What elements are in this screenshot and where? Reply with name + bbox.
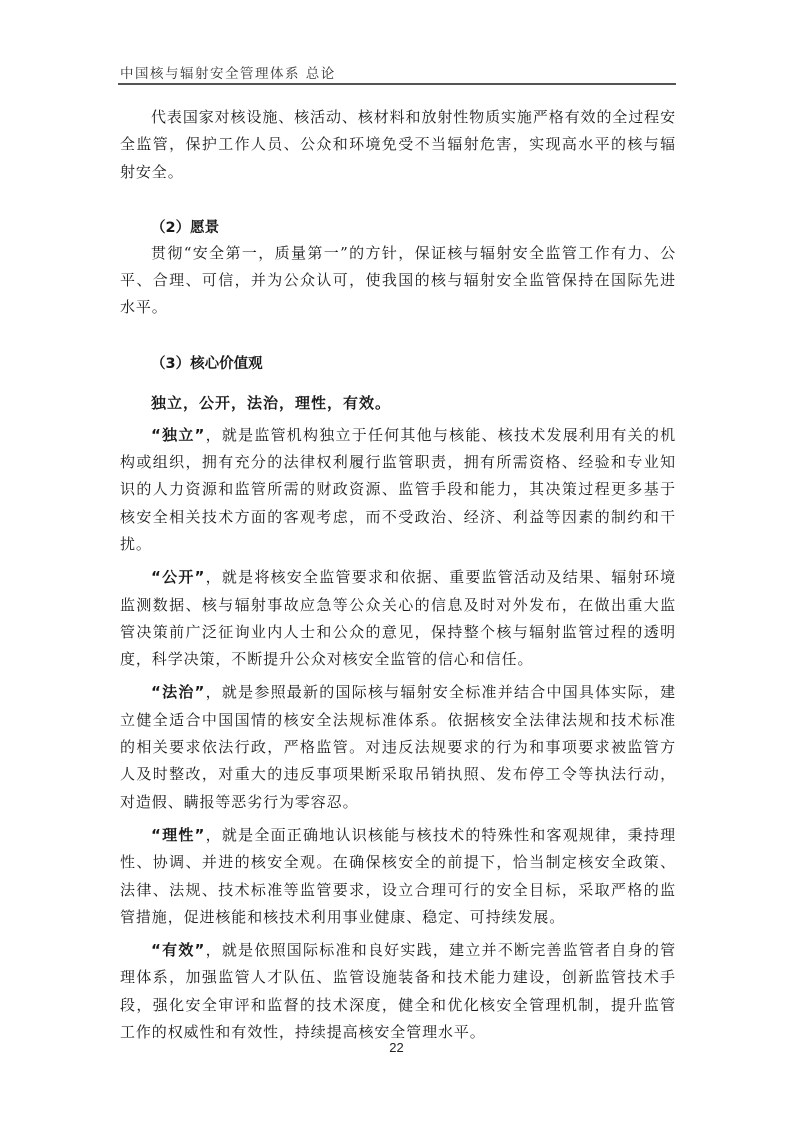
running-header: 中国核与辐射安全管理体系 总论 xyxy=(120,62,674,82)
value-paragraph-rule-of-law: “法治”，就是参照最新的国际核与辐射安全标准并结合中国具体实际，建立健全适合中国… xyxy=(120,679,676,815)
value-term: “独立” xyxy=(151,426,205,444)
value-term: “公开” xyxy=(151,568,205,586)
value-paragraph-effectiveness: “有效”，就是依照国际标准和良好实践，建立并不断完善监管者自身的管理体系，加强监… xyxy=(120,937,676,1046)
value-description: ，就是参照最新的国际核与辐射安全标准并结合中国具体实际，建立健全适合中国国情的核… xyxy=(120,683,676,810)
intro-paragraph: 代表国家对核设施、核活动、核材料和放射性物质实施严格有效的全过程安全监管，保护工… xyxy=(120,104,676,186)
value-term: “有效” xyxy=(151,941,205,959)
value-paragraph-openness: “公开”，就是将核安全监管要求和依据、重要监管活动及结果、辐射环境监测数据、核与… xyxy=(120,564,676,673)
core-values-summary: 独立，公开，法治，理性，有效。 xyxy=(120,390,676,416)
value-paragraph-independence: “独立”，就是监管机构独立于任何其他与核能、核技术发展利用有关的机构或组织，拥有… xyxy=(120,422,676,558)
value-paragraph-rationality: “理性”，就是全面正确地认识核能与核技术的特殊性和客观规律，秉持理性、协调、并进… xyxy=(120,822,676,931)
section-heading-vision: （2）愿景 xyxy=(120,216,676,240)
value-description: ，就是监管机构独立于任何其他与核能、核技术发展利用有关的机构或组织，拥有充分的法… xyxy=(120,426,676,553)
value-term: “法治” xyxy=(151,683,205,701)
section-heading-core-values: （3）核心价值观 xyxy=(120,352,676,376)
page-body: 代表国家对核设施、核活动、核材料和放射性物质实施严格有效的全过程安全监管，保护工… xyxy=(120,104,676,1046)
vision-paragraph: 贯彻“安全第一，质量第一”的方针，保证核与辐射安全监管工作有力、公平、合理、可信… xyxy=(120,240,676,322)
header-divider xyxy=(118,83,676,85)
value-term: “理性” xyxy=(151,826,205,844)
page-number: 22 xyxy=(0,1040,793,1055)
